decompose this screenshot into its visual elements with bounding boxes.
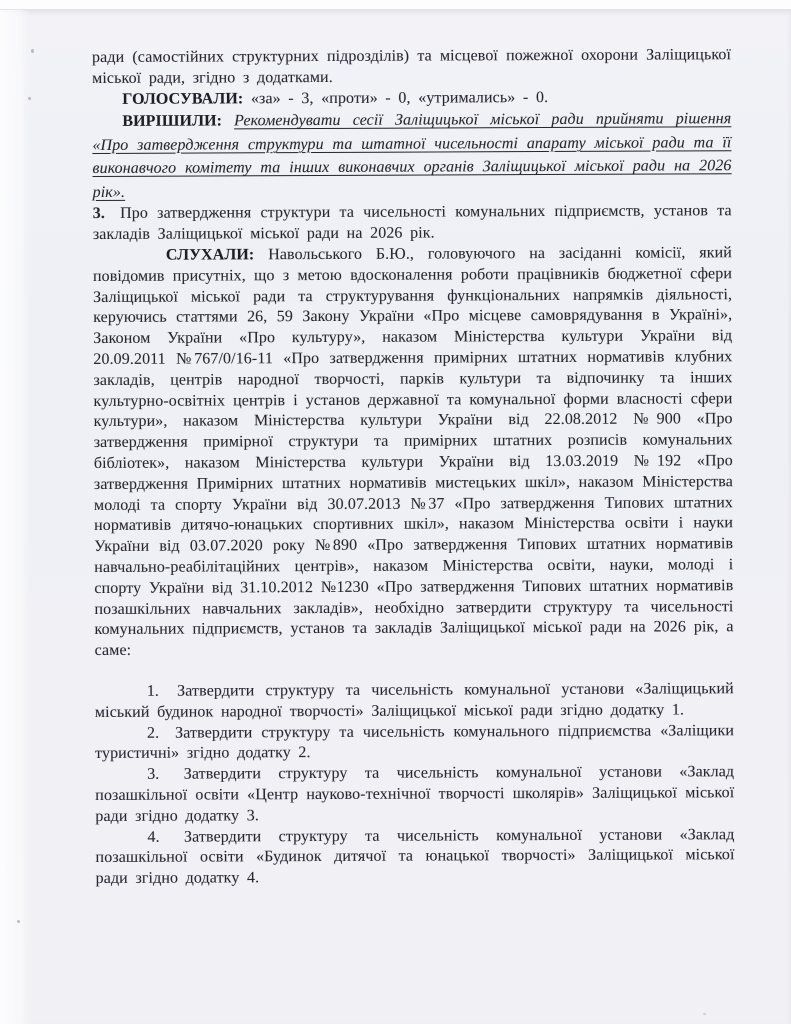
decision-list: 1. Затвердити структуру та чисельність к… [95,679,735,890]
decision-3-text: Затвердити структуру та чисельність кому… [95,763,734,824]
decision-2-text: Затвердити структуру та чисельність кому… [95,722,734,763]
scanner-background-strip [0,0,791,10]
decision-item-1: 1. Затвердити структуру та чисельність к… [95,679,734,723]
heard-text: Навольського Б.Ю., головуючого на засіда… [93,244,734,659]
decision-4-text: Затвердити структуру та чисельність кому… [95,826,734,887]
agenda-item-3-number: 3. [93,205,105,222]
voted-results: «за» - 3, «проти» - 0, «утримались» - 0. [251,89,548,107]
agenda-item-3-heading: 3. Про затвердження структури та чисельн… [93,202,732,246]
heard-paragraph: СЛУХАЛИ: Навольського Б.Ю., головуючого … [93,243,734,662]
decision-1-text: Затвердити структуру та чисельність кому… [95,680,734,721]
voted-label: ГОЛОСУВАЛИ: [122,90,243,108]
intro-continuation-paragraph: ради (самостійних структурних підрозділі… [92,45,731,89]
decision-2-number: 2. [147,724,159,741]
resolution-paragraph: ВИРІШИЛИ: Рекомендувати сесії Заліщицько… [92,108,731,205]
document-text-block: ради (самостійних структурних підрозділі… [92,45,735,890]
decision-3-number: 3. [147,766,159,783]
scan-speck [28,97,31,100]
decision-item-4: 4. Затвердити структуру та чисельність к… [95,825,734,890]
scan-speck [31,49,34,53]
decision-1-number: 1. [147,683,159,700]
scan-speck [17,920,20,923]
intro-continuation-text: ради (самостійних структурних підрозділі… [92,46,731,87]
paper-left-edge-highlight [0,9,30,1024]
heard-label: СЛУХАЛИ: [166,246,255,263]
agenda-item-3-title: Про затвердження структури та чисельност… [93,203,732,244]
decision-item-2: 2. Затвердити структуру та чисельність к… [95,721,734,765]
voting-results-line: ГОЛОСУВАЛИ: «за» - 3, «проти» - 0, «утри… [92,87,731,111]
scanned-document-page: ради (самостійних структурних підрозділі… [0,0,791,1024]
decision-4-number: 4. [147,828,159,845]
resolved-label: ВИРІШИЛИ: [122,113,222,130]
scan-speck [703,1013,706,1015]
decision-item-3: 3. Затвердити структуру та чисельність к… [95,762,734,827]
